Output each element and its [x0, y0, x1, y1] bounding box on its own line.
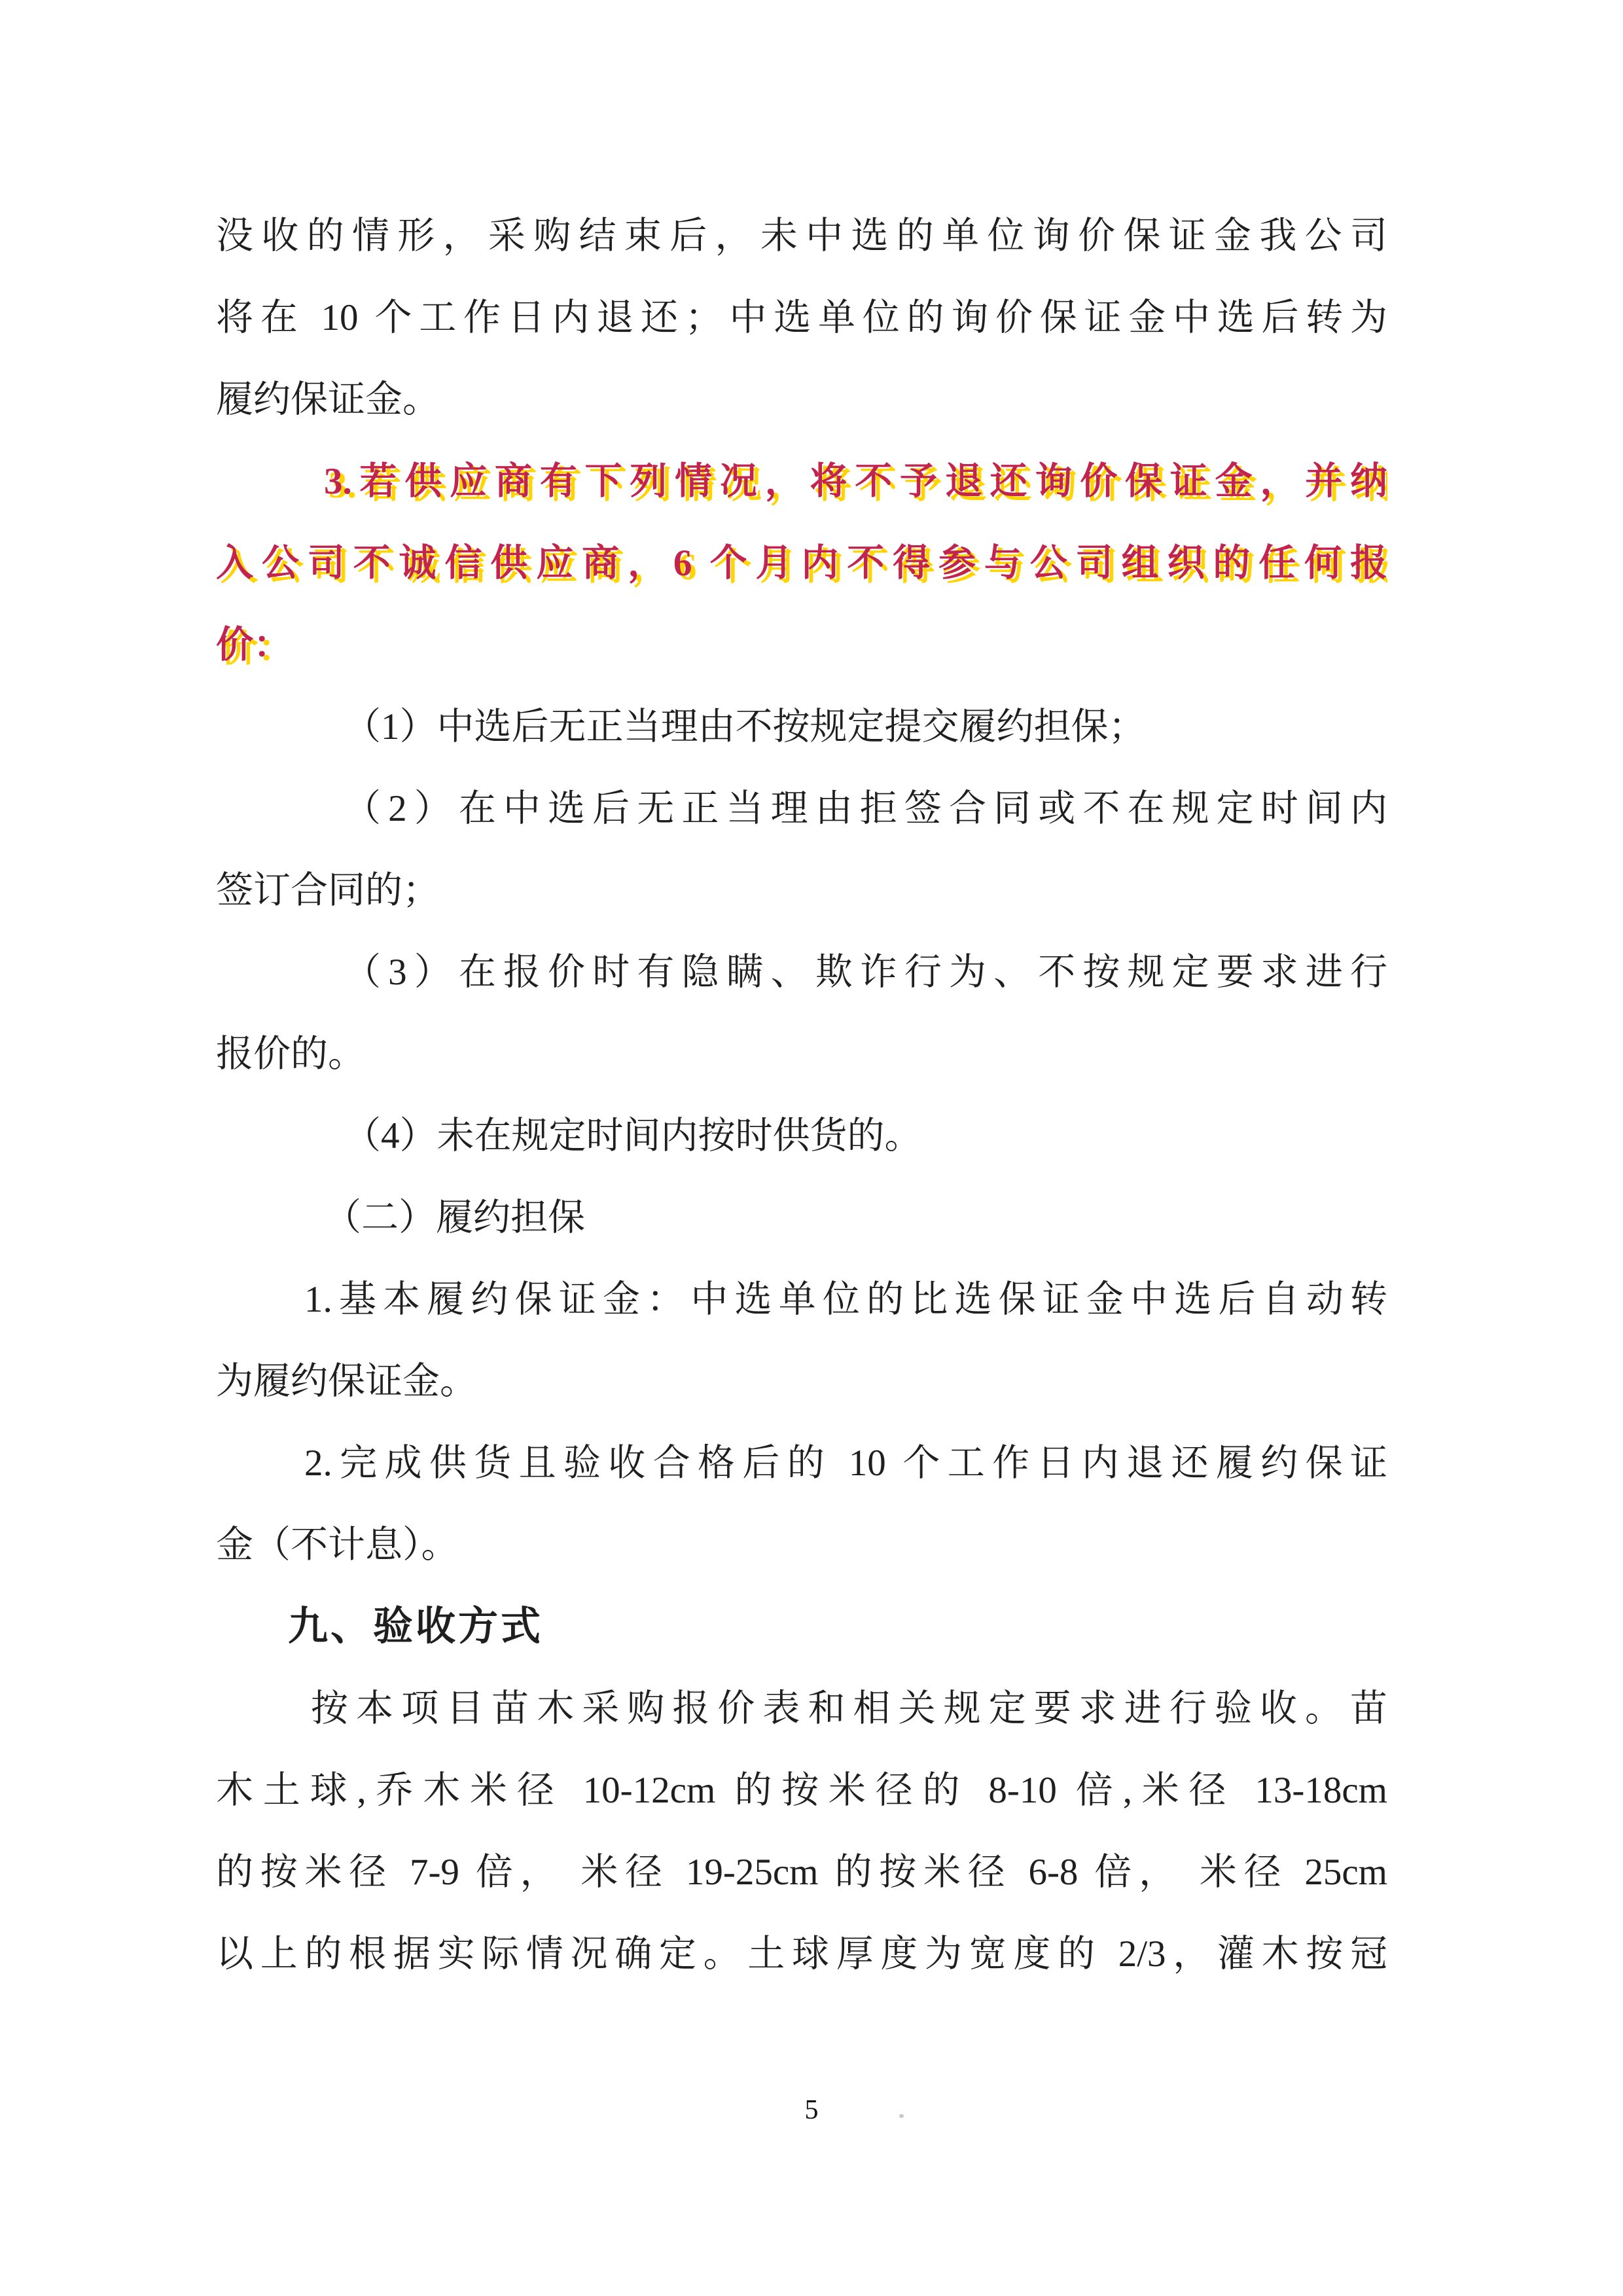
- text-line: 2.完成供货且验收合格后的 10 个工作日内退还履约保证: [216, 1422, 1387, 1504]
- text-line: 木土球,乔木米径 10-12cm 的按米径的 8-10 倍,米径 13-18cm: [216, 1749, 1387, 1831]
- text-line: 金（不计息）。: [216, 1504, 1387, 1586]
- text-line: 价：: [216, 604, 1387, 686]
- text-line: （2）在中选后无正当理由拒签合同或不在规定时间内: [216, 768, 1387, 850]
- text-line: 没收的情形，采购结束后，未中选的单位询价保证金我公司: [216, 195, 1387, 277]
- text-line: （4）未在规定时间内按时供货的。: [216, 1095, 1387, 1177]
- text-line: （1）中选后无正当理由不按规定提交履约担保；: [216, 686, 1387, 768]
- text-line: 报价的。: [216, 1013, 1387, 1095]
- text-line: 为履约保证金。: [216, 1340, 1387, 1422]
- text-line: 九、验收方式: [216, 1586, 1387, 1668]
- page-number: 5: [805, 2092, 819, 2128]
- text-line: 签订合同的；: [216, 850, 1387, 931]
- text-line: 将在 10 个工作日内退还；中选单位的询价保证金中选后转为: [216, 277, 1387, 359]
- text-line: （3）在报价时有隐瞒、欺诈行为、不按规定要求进行: [216, 931, 1387, 1013]
- document-body: 没收的情形，采购结束后，未中选的单位询价保证金我公司将在 10 个工作日内退还；…: [216, 195, 1387, 1995]
- text-line: （二）履约担保: [216, 1177, 1387, 1259]
- text-line: 入公司不诚信供应商，6 个月内不得参与公司组织的任何报: [216, 522, 1387, 604]
- text-line: 按本项目苗木采购报价表和相关规定要求进行验收。苗: [216, 1668, 1387, 1749]
- page-footer: 5: [0, 2092, 1623, 2128]
- text-line: 以上的根据实际情况确定。土球厚度为宽度的 2/3，灌木按冠: [216, 1913, 1387, 1995]
- scan-speck: [899, 2114, 904, 2118]
- text-line: 的按米径 7-9 倍， 米径 19-25cm 的按米径 6-8 倍， 米径 25…: [216, 1831, 1387, 1913]
- text-line: 3.若供应商有下列情况，将不予退还询价保证金，并纳: [216, 440, 1387, 522]
- document-page: 没收的情形，采购结束后，未中选的单位询价保证金我公司将在 10 个工作日内退还；…: [0, 0, 1623, 2296]
- text-line: 履约保证金。: [216, 359, 1387, 440]
- text-line: 1.基本履约保证金：中选单位的比选保证金中选后自动转: [216, 1259, 1387, 1340]
